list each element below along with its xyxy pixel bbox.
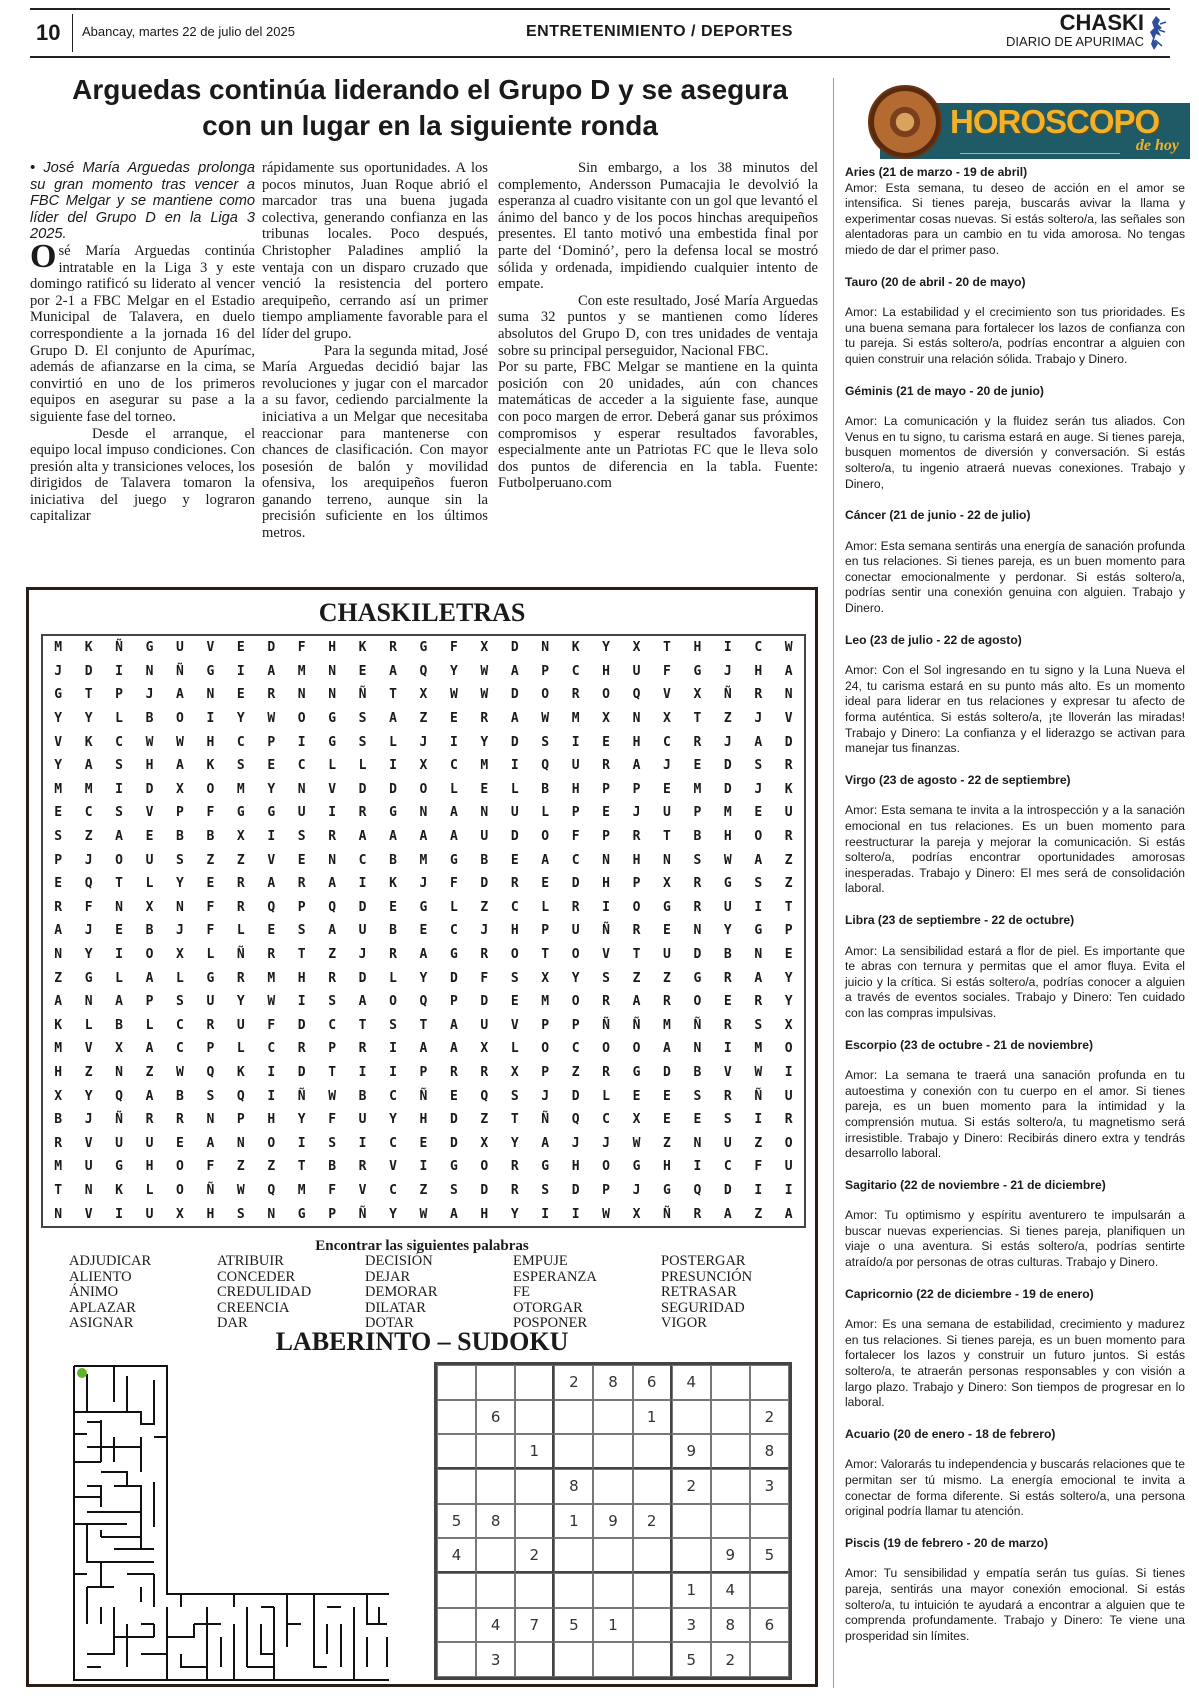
wordsearch-letter[interactable]: X <box>134 900 164 915</box>
wordsearch-letter[interactable]: C <box>500 900 530 915</box>
wordsearch-letter[interactable]: I <box>104 782 134 797</box>
wordsearch-letter[interactable]: M <box>287 1183 317 1198</box>
sudoku-cell[interactable]: 9 <box>711 1538 750 1573</box>
wordsearch-letter[interactable]: M <box>73 782 103 797</box>
wordsearch-letter[interactable]: E <box>621 1089 651 1104</box>
wordsearch-letter[interactable]: M <box>43 782 73 797</box>
wordsearch-letter[interactable]: Z <box>743 1207 773 1222</box>
wordsearch-letter[interactable]: U <box>652 805 682 820</box>
wordsearch-letter[interactable]: Y <box>378 1207 408 1222</box>
wordsearch-letter[interactable]: D <box>378 782 408 797</box>
wordsearch-letter[interactable]: A <box>408 1041 438 1056</box>
wordsearch-letter[interactable]: R <box>317 829 347 844</box>
wordsearch-letter[interactable]: P <box>287 900 317 915</box>
sudoku-cell[interactable] <box>711 1504 750 1539</box>
sudoku-cell[interactable]: 8 <box>554 1469 593 1504</box>
wordsearch-letter[interactable]: R <box>591 758 621 773</box>
wordsearch-letter[interactable]: P <box>682 805 712 820</box>
wordsearch-letter[interactable]: T <box>408 1018 438 1033</box>
wordsearch-letter[interactable]: V <box>256 853 286 868</box>
wordsearch-letter[interactable]: O <box>165 1159 195 1174</box>
wordsearch-letter[interactable]: C <box>226 735 256 750</box>
wordsearch-letter[interactable]: P <box>256 735 286 750</box>
wordsearch-letter[interactable]: L <box>591 1089 621 1104</box>
wordsearch-letter[interactable]: Q <box>469 1089 499 1104</box>
wordsearch-letter[interactable]: M <box>713 805 743 820</box>
wordsearch-letter[interactable]: T <box>317 1065 347 1080</box>
sudoku-cell[interactable] <box>476 1365 515 1400</box>
wordsearch-letter[interactable]: Z <box>43 971 73 986</box>
wordsearch-letter[interactable]: L <box>134 876 164 891</box>
wordsearch-letter[interactable]: F <box>439 640 469 655</box>
wordsearch-letter[interactable]: D <box>713 1183 743 1198</box>
wordsearch-letter[interactable]: U <box>469 829 499 844</box>
wordsearch-letter[interactable]: V <box>591 947 621 962</box>
wordsearch-letter[interactable]: W <box>439 687 469 702</box>
wordsearch-letter[interactable]: N <box>287 782 317 797</box>
sudoku-cell[interactable]: 1 <box>633 1400 672 1435</box>
wordsearch-letter[interactable]: A <box>743 735 773 750</box>
wordsearch-letter[interactable]: R <box>287 876 317 891</box>
wordsearch-letter[interactable]: N <box>73 1183 103 1198</box>
wordsearch-letter[interactable]: L <box>165 971 195 986</box>
wordsearch-letter[interactable]: T <box>73 687 103 702</box>
wordsearch-letter[interactable]: A <box>256 876 286 891</box>
wordsearch-letter[interactable]: I <box>347 876 377 891</box>
wordsearch-letter[interactable]: R <box>560 687 590 702</box>
wordsearch-letter[interactable]: I <box>774 1065 804 1080</box>
wordsearch-letter[interactable]: A <box>256 664 286 679</box>
wordsearch-letter[interactable]: Z <box>774 876 804 891</box>
wordsearch-letter[interactable]: D <box>500 829 530 844</box>
wordsearch-letter[interactable]: F <box>743 1159 773 1174</box>
wordsearch-letter[interactable]: X <box>165 947 195 962</box>
wordsearch-letter[interactable]: S <box>165 853 195 868</box>
wordsearch-letter[interactable]: Z <box>560 1065 590 1080</box>
sudoku-cell[interactable] <box>593 1434 632 1469</box>
wordsearch-letter[interactable]: T <box>682 711 712 726</box>
wordsearch-letter[interactable]: J <box>73 923 103 938</box>
wordsearch-letter[interactable]: O <box>591 1041 621 1056</box>
wordsearch-letter[interactable]: Y <box>591 640 621 655</box>
wordsearch-letter[interactable]: N <box>104 900 134 915</box>
wordsearch-letter[interactable]: Ñ <box>195 1183 225 1198</box>
wordsearch-letter[interactable]: Ñ <box>226 947 256 962</box>
wordsearch-letter[interactable]: I <box>743 900 773 915</box>
wordsearch-letter[interactable]: G <box>378 805 408 820</box>
wordsearch-letter[interactable]: I <box>104 664 134 679</box>
wordsearch-letter[interactable]: A <box>347 994 377 1009</box>
wordsearch-letter[interactable]: U <box>621 664 651 679</box>
wordsearch-letter[interactable]: P <box>134 994 164 1009</box>
wordsearch-letter[interactable]: W <box>469 664 499 679</box>
wordsearch-letter[interactable]: D <box>439 1136 469 1151</box>
sudoku-cell[interactable]: 3 <box>672 1608 711 1643</box>
wordsearch-letter[interactable]: E <box>652 1089 682 1104</box>
wordsearch-letter[interactable]: I <box>500 758 530 773</box>
wordsearch-letter[interactable]: S <box>500 971 530 986</box>
wordsearch-letter[interactable]: F <box>469 971 499 986</box>
wordsearch-letter[interactable]: B <box>317 1159 347 1174</box>
wordsearch-letter[interactable]: A <box>743 971 773 986</box>
wordsearch-letter[interactable]: A <box>743 853 773 868</box>
wordsearch-letter[interactable]: M <box>287 664 317 679</box>
wordsearch-letter[interactable]: Y <box>469 735 499 750</box>
wordsearch-letter[interactable]: O <box>743 829 773 844</box>
sudoku-cell[interactable] <box>437 1642 476 1677</box>
wordsearch-letter[interactable]: D <box>713 758 743 773</box>
wordsearch-letter[interactable]: N <box>317 853 347 868</box>
wordsearch-letter[interactable]: T <box>43 1183 73 1198</box>
sudoku-cell[interactable] <box>437 1400 476 1435</box>
wordsearch-letter[interactable]: V <box>73 1136 103 1151</box>
wordsearch-letter[interactable]: H <box>256 1112 286 1127</box>
wordsearch-letter[interactable]: Y <box>713 923 743 938</box>
sudoku-cell[interactable] <box>633 1538 672 1573</box>
sudoku-cell[interactable] <box>515 1642 554 1677</box>
wordsearch-letter[interactable]: L <box>134 1018 164 1033</box>
wordsearch-letter[interactable]: R <box>256 687 286 702</box>
wordsearch-letter[interactable]: V <box>713 1065 743 1080</box>
wordsearch-letter[interactable]: J <box>165 923 195 938</box>
wordsearch-letter[interactable]: U <box>469 1018 499 1033</box>
wordsearch-letter[interactable]: U <box>134 853 164 868</box>
wordsearch-letter[interactable]: V <box>195 640 225 655</box>
wordsearch-letter[interactable]: Ñ <box>104 640 134 655</box>
wordsearch-letter[interactable]: E <box>226 640 256 655</box>
wordsearch-letter[interactable]: R <box>256 947 286 962</box>
wordsearch-letter[interactable]: Q <box>256 1183 286 1198</box>
wordsearch-letter[interactable]: I <box>287 735 317 750</box>
wordsearch-letter[interactable]: K <box>226 1065 256 1080</box>
wordsearch-letter[interactable]: O <box>530 1041 560 1056</box>
wordsearch-letter[interactable]: A <box>652 1041 682 1056</box>
wordsearch-letter[interactable]: J <box>469 923 499 938</box>
wordsearch-letter[interactable]: S <box>43 829 73 844</box>
wordsearch-letter[interactable]: P <box>317 1041 347 1056</box>
sudoku-cell[interactable]: 8 <box>750 1434 789 1469</box>
wordsearch-letter[interactable]: I <box>560 1207 590 1222</box>
wordsearch-letter[interactable]: U <box>347 923 377 938</box>
wordsearch-letter[interactable]: Y <box>774 971 804 986</box>
wordsearch-letter[interactable]: D <box>134 782 164 797</box>
wordsearch-letter[interactable]: P <box>408 1065 438 1080</box>
wordsearch-letter[interactable]: A <box>317 876 347 891</box>
wordsearch-letter[interactable]: Z <box>408 711 438 726</box>
wordsearch-letter[interactable]: G <box>743 923 773 938</box>
wordsearch-letter[interactable]: O <box>774 1136 804 1151</box>
wordsearch-letter[interactable]: Y <box>43 758 73 773</box>
wordsearch-letter[interactable]: G <box>134 640 164 655</box>
wordsearch-letter[interactable]: V <box>500 1018 530 1033</box>
wordsearch-letter[interactable]: A <box>165 758 195 773</box>
wordsearch-letter[interactable]: N <box>287 687 317 702</box>
wordsearch-letter[interactable]: J <box>652 758 682 773</box>
wordsearch-letter[interactable]: F <box>73 900 103 915</box>
wordsearch-letter[interactable]: P <box>530 1018 560 1033</box>
wordsearch-letter[interactable]: P <box>621 782 651 797</box>
wordsearch-letter[interactable]: L <box>378 735 408 750</box>
wordsearch-letter[interactable]: S <box>682 853 712 868</box>
wordsearch-letter[interactable]: A <box>317 923 347 938</box>
wordsearch-letter[interactable]: Z <box>652 1136 682 1151</box>
wordsearch-letter[interactable]: Ñ <box>743 1089 773 1104</box>
sudoku-cell[interactable]: 2 <box>711 1642 750 1677</box>
wordsearch-letter[interactable]: T <box>347 1018 377 1033</box>
wordsearch-letter[interactable]: F <box>560 829 590 844</box>
wordsearch-letter[interactable]: D <box>439 1112 469 1127</box>
wordsearch-letter[interactable]: D <box>469 876 499 891</box>
wordsearch-letter[interactable]: I <box>439 735 469 750</box>
wordsearch-letter[interactable]: H <box>317 640 347 655</box>
wordsearch-letter[interactable]: A <box>378 664 408 679</box>
sudoku-cell[interactable] <box>672 1400 711 1435</box>
sudoku-cell[interactable] <box>437 1469 476 1504</box>
wordsearch-letter[interactable]: R <box>165 1112 195 1127</box>
wordsearch-letter[interactable]: E <box>347 664 377 679</box>
wordsearch-letter[interactable]: S <box>165 994 195 1009</box>
wordsearch-letter[interactable]: Ñ <box>682 1018 712 1033</box>
wordsearch-letter[interactable]: O <box>134 947 164 962</box>
wordsearch-letter[interactable]: X <box>469 1041 499 1056</box>
wordsearch-letter[interactable]: W <box>256 994 286 1009</box>
wordsearch-letter[interactable]: Ñ <box>287 1089 317 1104</box>
wordsearch-letter[interactable]: R <box>682 1207 712 1222</box>
wordsearch-letter[interactable]: J <box>347 947 377 962</box>
wordsearch-letter[interactable]: S <box>682 1089 712 1104</box>
sudoku-cell[interactable]: 3 <box>750 1469 789 1504</box>
wordsearch-letter[interactable]: R <box>682 735 712 750</box>
wordsearch-letter[interactable]: O <box>591 687 621 702</box>
sudoku-cell[interactable] <box>437 1608 476 1643</box>
wordsearch-letter[interactable]: O <box>408 782 438 797</box>
wordsearch-letter[interactable]: G <box>408 900 438 915</box>
wordsearch-letter[interactable]: J <box>743 782 773 797</box>
wordsearch-letter[interactable]: Y <box>287 1112 317 1127</box>
wordsearch-letter[interactable]: H <box>195 735 225 750</box>
wordsearch-letter[interactable]: J <box>530 1089 560 1104</box>
wordsearch-letter[interactable]: E <box>256 923 286 938</box>
wordsearch-letter[interactable]: O <box>469 1159 499 1174</box>
wordsearch-letter[interactable]: S <box>226 758 256 773</box>
wordsearch-letter[interactable]: S <box>378 1018 408 1033</box>
wordsearch-letter[interactable]: A <box>165 687 195 702</box>
wordsearch-letter[interactable]: S <box>104 805 134 820</box>
wordsearch-letter[interactable]: C <box>165 1041 195 1056</box>
wordsearch-letter[interactable]: L <box>73 1018 103 1033</box>
wordsearch-letter[interactable]: V <box>73 1041 103 1056</box>
wordsearch-letter[interactable]: G <box>652 1183 682 1198</box>
wordsearch-letter[interactable]: Z <box>469 1112 499 1127</box>
wordsearch-letter[interactable]: N <box>682 923 712 938</box>
wordsearch-letter[interactable]: Y <box>774 994 804 1009</box>
wordsearch-letter[interactable]: F <box>195 900 225 915</box>
wordsearch-letter[interactable]: V <box>134 805 164 820</box>
wordsearch-letter[interactable]: K <box>378 876 408 891</box>
wordsearch-letter[interactable]: S <box>347 711 377 726</box>
wordsearch-letter[interactable]: H <box>469 1207 499 1222</box>
wordsearch-letter[interactable]: Y <box>408 971 438 986</box>
wordsearch-letter[interactable]: B <box>713 947 743 962</box>
sudoku-cell[interactable]: 8 <box>711 1608 750 1643</box>
wordsearch-letter[interactable]: R <box>774 1112 804 1127</box>
wordsearch-letter[interactable]: J <box>73 1112 103 1127</box>
wordsearch-letter[interactable]: R <box>591 994 621 1009</box>
wordsearch-letter[interactable]: N <box>43 1207 73 1222</box>
wordsearch-letter[interactable]: I <box>682 1159 712 1174</box>
wordsearch-letter[interactable]: F <box>652 664 682 679</box>
wordsearch-letter[interactable]: S <box>439 1183 469 1198</box>
sudoku-cell[interactable]: 7 <box>515 1608 554 1643</box>
wordsearch-letter[interactable]: M <box>743 1041 773 1056</box>
wordsearch-letter[interactable]: P <box>591 1183 621 1198</box>
wordsearch-letter[interactable]: O <box>500 947 530 962</box>
sudoku-cell[interactable] <box>476 1434 515 1469</box>
wordsearch-letter[interactable]: H <box>743 664 773 679</box>
wordsearch-letter[interactable]: D <box>287 1065 317 1080</box>
wordsearch-letter[interactable]: C <box>378 1089 408 1104</box>
wordsearch-letter[interactable]: I <box>774 1183 804 1198</box>
wordsearch-letter[interactable]: B <box>165 1089 195 1104</box>
wordsearch-letter[interactable]: I <box>743 1183 773 1198</box>
wordsearch-letter[interactable]: G <box>195 971 225 986</box>
wordsearch-letter[interactable]: O <box>104 853 134 868</box>
wordsearch-letter[interactable]: V <box>347 1183 377 1198</box>
wordsearch-letter[interactable]: G <box>73 971 103 986</box>
wordsearch-letter[interactable]: E <box>43 805 73 820</box>
wordsearch-letter[interactable]: M <box>256 971 286 986</box>
wordsearch-letter[interactable]: P <box>104 687 134 702</box>
wordsearch-letter[interactable]: C <box>378 1136 408 1151</box>
wordsearch-letter[interactable]: N <box>134 664 164 679</box>
wordsearch-letter[interactable]: E <box>652 782 682 797</box>
wordsearch-letter[interactable]: A <box>43 994 73 1009</box>
wordsearch-letter[interactable]: Ñ <box>713 687 743 702</box>
sudoku-cell[interactable] <box>437 1573 476 1608</box>
wordsearch-letter[interactable]: J <box>134 687 164 702</box>
wordsearch-letter[interactable]: Z <box>652 971 682 986</box>
wordsearch-letter[interactable]: H <box>134 1159 164 1174</box>
wordsearch-letter[interactable]: G <box>439 853 469 868</box>
wordsearch-letter[interactable]: W <box>713 853 743 868</box>
wordsearch-letter[interactable]: B <box>378 923 408 938</box>
wordsearch-letter[interactable]: R <box>560 900 590 915</box>
wordsearch-letter[interactable]: J <box>560 1136 590 1151</box>
wordsearch-letter[interactable]: C <box>652 735 682 750</box>
wordsearch-letter[interactable]: M <box>43 1159 73 1174</box>
wordsearch-letter[interactable]: T <box>378 687 408 702</box>
sudoku-cell[interactable] <box>554 1642 593 1677</box>
wordsearch-letter[interactable]: M <box>652 1018 682 1033</box>
wordsearch-letter[interactable]: L <box>530 900 560 915</box>
wordsearch-letter[interactable]: R <box>743 994 773 1009</box>
wordsearch-letter[interactable]: R <box>469 1065 499 1080</box>
wordsearch-letter[interactable]: N <box>469 805 499 820</box>
wordsearch-letter[interactable]: Z <box>743 1136 773 1151</box>
sudoku-cell[interactable]: 2 <box>750 1400 789 1435</box>
wordsearch-letter[interactable]: G <box>652 900 682 915</box>
wordsearch-letter[interactable]: L <box>530 805 560 820</box>
wordsearch-letter[interactable]: V <box>378 1159 408 1174</box>
wordsearch-letter[interactable]: B <box>682 1065 712 1080</box>
wordsearch-letter[interactable]: L <box>439 782 469 797</box>
wordsearch-letter[interactable]: A <box>104 994 134 1009</box>
wordsearch-letter[interactable]: V <box>317 782 347 797</box>
wordsearch-letter[interactable]: A <box>530 1136 560 1151</box>
wordsearch-letter[interactable]: T <box>621 947 651 962</box>
wordsearch-letter[interactable]: X <box>774 1018 804 1033</box>
wordsearch-letter[interactable]: Z <box>774 853 804 868</box>
wordsearch-letter[interactable]: L <box>104 971 134 986</box>
wordsearch-letter[interactable]: Ñ <box>621 1018 651 1033</box>
wordsearch-letter[interactable]: H <box>560 782 590 797</box>
wordsearch-letter[interactable]: K <box>195 758 225 773</box>
wordsearch-letter[interactable]: R <box>134 1112 164 1127</box>
wordsearch-letter[interactable]: V <box>73 1207 103 1222</box>
wordsearch-letter[interactable]: N <box>591 853 621 868</box>
wordsearch-letter[interactable]: E <box>591 735 621 750</box>
wordsearch-letter[interactable]: N <box>104 1065 134 1080</box>
wordsearch-letter[interactable]: A <box>134 971 164 986</box>
wordsearch-letter[interactable]: P <box>774 923 804 938</box>
wordsearch-letter[interactable]: F <box>256 1018 286 1033</box>
wordsearch-letter[interactable]: F <box>439 876 469 891</box>
sudoku-cell[interactable]: 4 <box>437 1538 476 1573</box>
wordsearch-letter[interactable]: R <box>743 687 773 702</box>
wordsearch-letter[interactable]: W <box>591 1207 621 1222</box>
wordsearch-letter[interactable]: S <box>743 1018 773 1033</box>
wordsearch-letter[interactable]: N <box>256 1207 286 1222</box>
wordsearch-letter[interactable]: P <box>439 994 469 1009</box>
wordsearch-letter[interactable]: J <box>408 876 438 891</box>
wordsearch-letter[interactable]: Y <box>73 1089 103 1104</box>
wordsearch-letter[interactable]: B <box>682 829 712 844</box>
wordsearch-letter[interactable]: I <box>347 1065 377 1080</box>
wordsearch-letter[interactable]: R <box>195 1018 225 1033</box>
wordsearch-letter[interactable]: L <box>195 947 225 962</box>
wordsearch-letter[interactable]: C <box>591 1112 621 1127</box>
wordsearch-letter[interactable]: J <box>743 711 773 726</box>
wordsearch-letter[interactable]: K <box>774 782 804 797</box>
wordsearch-letter[interactable]: Ñ <box>104 1112 134 1127</box>
wordsearch-letter[interactable]: C <box>713 1159 743 1174</box>
wordsearch-letter[interactable]: X <box>165 1207 195 1222</box>
wordsearch-letter[interactable]: Z <box>256 1159 286 1174</box>
sudoku-cell[interactable] <box>711 1469 750 1504</box>
sudoku-cell[interactable]: 9 <box>593 1504 632 1539</box>
wordsearch-letter[interactable]: C <box>256 1041 286 1056</box>
wordsearch-letter[interactable]: T <box>652 640 682 655</box>
wordsearch-letter[interactable]: A <box>43 923 73 938</box>
wordsearch-letter[interactable]: M <box>469 758 499 773</box>
wordsearch-letter[interactable]: A <box>439 805 469 820</box>
wordsearch-letter[interactable]: R <box>713 971 743 986</box>
wordsearch-letter[interactable]: U <box>134 1136 164 1151</box>
wordsearch-letter[interactable]: I <box>530 1207 560 1222</box>
wordsearch-letter[interactable]: N <box>774 687 804 702</box>
wordsearch-letter[interactable]: N <box>743 947 773 962</box>
sudoku-cell[interactable] <box>476 1573 515 1608</box>
wordsearch-letter[interactable]: M <box>530 994 560 1009</box>
wordsearch-letter[interactable]: S <box>317 994 347 1009</box>
wordsearch-letter[interactable]: Ñ <box>530 1112 560 1127</box>
wordsearch-letter[interactable]: X <box>652 876 682 891</box>
wordsearch-letter[interactable]: G <box>621 1159 651 1174</box>
wordsearch-letter[interactable]: R <box>774 829 804 844</box>
wordsearch-letter[interactable]: P <box>317 1207 347 1222</box>
wordsearch-letter[interactable]: H <box>621 735 651 750</box>
sudoku-cell[interactable] <box>554 1573 593 1608</box>
